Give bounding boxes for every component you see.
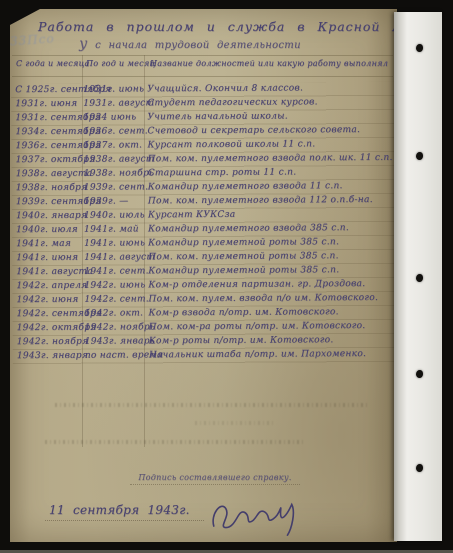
date-from-cell: 1942г. сентября [13,308,83,322]
position-cell: Командир пулеметного взвода 385 с.п. [144,222,395,238]
position-cell: Ком-р роты п/отр. им. Котовского. [145,334,396,350]
date-from-cell: 1939г. сентября [12,196,82,210]
table-header: С года и месяца По год и месяц Название … [10,57,397,75]
date-from-cell: 1937г. октября [12,154,82,168]
table-row: 1943г. января по наст. время Начальник ш… [13,348,396,364]
date-from-cell: 1943г. января [13,350,83,364]
bleed-through-line [195,421,275,425]
date-line: 11 сентября 1943г. [45,503,204,521]
punch-hole [416,44,423,52]
date-to-cell: 1938г. август [82,153,144,167]
check-mark: у [79,36,87,52]
date-from-cell: 1931г. сентября [11,112,81,126]
table-body: С 1925г. сентября 1931г. июнь Учащийся. … [11,82,396,366]
punch-hole [416,370,423,378]
page-subtitle: у с начала трудовой деятельности [65,36,315,52]
date-from-cell: 1934г. сентября [11,126,81,140]
position-cell: Начальник штаба п/отр. им. Пархоменко. [145,348,396,364]
binder-strip [394,12,442,541]
date-from-cell: 1940г. января [12,210,82,224]
position-cell: Старшина стр. роты 11 с.п. [144,166,395,182]
position-cell: Пом. ком-ра роты п/отр. им. Котовского. [145,320,396,336]
punch-hole [416,464,423,472]
position-cell: Ком-р отделения партизан. гр. Дроздова. [144,278,395,294]
date-to-cell: 1938г. ноябрь [82,167,144,181]
position-cell: Курсант КУКСза [144,208,395,224]
punch-hole [416,274,423,282]
paper-sheet: 33Псо Работа в прошлом и служба в Красно… [10,9,397,542]
page-title: Работа в прошлом и служба в Красной Арми… [38,19,378,34]
date-to-cell: по наст. время [83,349,145,363]
position-cell: Пом. ком. пулеметного взвода 112 о.п.б-н… [144,194,395,210]
table-header-rule [12,76,393,77]
date-from-cell: 1942г. апреля [12,280,82,294]
date-from-cell: 1940г. июля [12,224,82,238]
date-from-cell: 1931г. июня [11,98,81,112]
date-from-cell: 1942г. октября [13,322,83,336]
date-to-cell: 1934 июнь [81,111,143,125]
punch-hole [416,152,423,160]
date-from-cell: 1942г. ноября [13,336,83,350]
handwritten-signature [202,483,308,551]
position-cell: Счетовод и секретарь сельского совета. [143,124,394,140]
signature-caption: Подпись составлявшего справку. [130,473,300,485]
position-cell: Ком-р взвода п/отр. им. Котовского. [145,306,396,322]
position-cell: Пом. ком. пулем. взвода п/о им. Котовско… [144,292,395,308]
signature-flourish-icon [202,483,308,547]
position-cell: Учащийся. Окончил 8 классов. [143,82,394,98]
date-from-cell: 1938г. августа [12,168,82,182]
date-to-cell: 1941г. август [82,251,144,265]
position-cell: Учитель начальной школы. [143,110,394,126]
bleed-through-line [55,403,370,407]
date-to-cell: 1941г. июнь [82,237,144,251]
date-to-cell: 1936г. сент. [81,125,143,139]
position-cell: Командир пулеметной роты 385 с.п. [144,264,395,280]
date-to-cell: 1931г. август [81,97,143,111]
position-cell: Командир пулеметного взвода 11 с.п. [144,180,395,196]
position-cell: Курсант полковой школы 11 с.п. [143,138,394,154]
header-position: Название должностей или какую работу вып… [150,59,388,68]
date-from-cell: 1941г. мая [12,238,82,252]
date-to-cell: 1942г. сент. [82,293,144,307]
date-to-cell: 1943г. январь [83,335,145,349]
date-to-cell: 1941г. май [82,223,144,237]
date-to-cell: 1942г. июнь [82,279,144,293]
date-from-cell: 1941г. августа [12,266,82,280]
position-cell: Пом. ком. пулеметного взвода полк. шк. 1… [144,152,395,168]
date-from-cell: 1941г. июня [12,252,82,266]
date-from-cell: С 1925г. сентября [11,84,81,98]
date-to-cell: 1937г. окт. [81,139,143,153]
date-from-cell: 1942г. июня [12,294,82,308]
page-subtitle-text: с начала трудовой деятельности [95,40,301,51]
position-cell: Командир пулеметной роты 385 с.п. [144,236,395,252]
date-to-cell: 1939г. — [82,195,144,209]
date-to-cell: 1931г. июнь [81,83,143,97]
scanned-document: 33Псо Работа в прошлом и служба в Красно… [0,0,453,553]
position-cell: Студент педагогических курсов. [143,96,394,112]
date-from-cell: 1938г. ноября [12,182,82,196]
date-from-cell: 1936г. сентября [11,140,81,154]
date-to-cell: 1939г. сент. [82,181,144,195]
header-date-to: По год и месяц [86,59,155,68]
archive-mark: 33Псо [10,31,56,48]
position-cell: Пом. ком. пулеметной роты 385 с.п. [144,250,395,266]
date-to-cell: 1941г. сент. [82,265,144,279]
bleed-through-line [45,440,305,444]
date-to-cell: 1940г. июль [82,209,144,223]
date-to-cell: 1942г. окт. [83,307,145,321]
date-to-cell: 1942г. ноябрь [83,321,145,335]
header-date-from: С года и месяца [16,59,90,68]
table-top-rule [12,55,393,56]
